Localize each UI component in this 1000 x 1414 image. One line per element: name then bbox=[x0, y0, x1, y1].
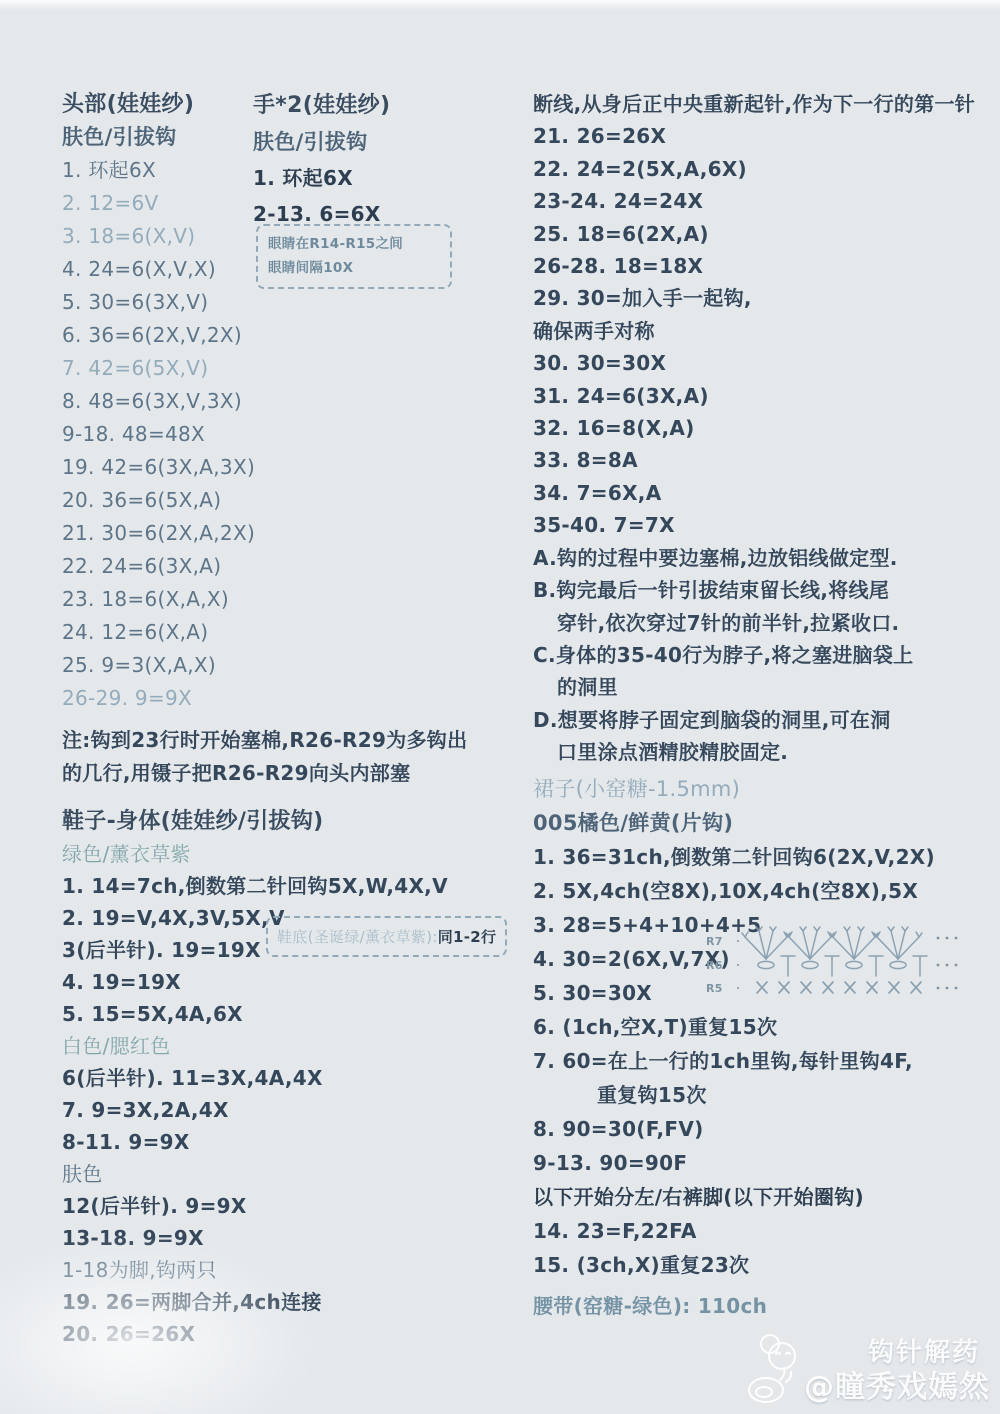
pattern-line: 19. 26=两脚合并,4ch连接 bbox=[62, 1286, 448, 1318]
pattern-line: 26-28. 18=18X bbox=[533, 250, 975, 282]
diagram-row-label: R5 bbox=[706, 982, 723, 995]
pattern-line: 6. (1ch,空X,T)重复15次 bbox=[533, 1010, 935, 1044]
pattern-line: 33. 8=8A bbox=[533, 444, 975, 476]
stitch-diagram-svg: R7 R6 R5 bbox=[698, 918, 990, 1006]
pattern-line: 1-18为脚,钩两只 bbox=[62, 1254, 448, 1286]
pattern-line: 8-11. 9=9X bbox=[62, 1126, 448, 1158]
pattern-line: 7. 42=6(5X,V) bbox=[62, 352, 467, 385]
pattern-line: 24. 12=6(X,A) bbox=[62, 616, 467, 649]
eye-note-box: 眼睛在R14-R15之间 眼睛间隔10X bbox=[256, 224, 452, 289]
pattern-line: 注:钩到23行时开始塞棉,R26-R29为多钩出 bbox=[62, 724, 467, 757]
pattern-line: A.钩的过程中要边塞棉,边放铝线做定型. bbox=[533, 542, 975, 574]
shoe-body-section: 鞋子-身体(娃娃纱/引拔钩) 绿色/薰衣草紫 1. 14=7ch,倒数第二针回钩… bbox=[62, 806, 448, 1350]
pattern-line: 6(后半针). 11=3X,4A,4X bbox=[62, 1062, 448, 1094]
sole-note-box: 鞋底(圣诞绿/薰衣草紫):同1-2行 bbox=[266, 916, 507, 957]
section-title: 手*2(娃娃纱) bbox=[253, 88, 390, 124]
pattern-line: 34. 7=6X,A bbox=[533, 477, 975, 509]
section-subtitle: 肤色/引拔钩 bbox=[253, 124, 390, 160]
pattern-line: 重复钩15次 bbox=[533, 1078, 935, 1112]
pattern-line: 22. 24=6(3X,A) bbox=[62, 550, 467, 583]
pattern-line: 口里涂点酒精胶精胶固定. bbox=[533, 736, 975, 768]
pattern-line: 以下开始分左/右裤脚(以下开始圈钩) bbox=[533, 1180, 935, 1214]
pattern-line: 25. 9=3(X,A,X) bbox=[62, 649, 467, 682]
diagram-row-label: R7 bbox=[706, 935, 723, 948]
skirt-section: 裙子(小窑糖-1.5mm) 005橘色/鲜黄(片钩) 1. 36=31ch,倒数… bbox=[533, 772, 935, 1323]
section-title: 鞋子-身体(娃娃纱/引拔钩) bbox=[62, 806, 448, 838]
pattern-line: 22. 24=2(5X,A,6X) bbox=[533, 153, 975, 185]
pattern-line: B.钩完最后一针引拔结束留长线,将线尾 bbox=[533, 574, 975, 606]
color-label: 绿色/薰衣草紫 bbox=[62, 838, 448, 870]
pattern-page: 头部(娃娃纱) 肤色/引拔钩 1. 环起6X2. 12=6V3. 18=6(X,… bbox=[0, 0, 1000, 1414]
pattern-line: 23-24. 24=24X bbox=[533, 185, 975, 217]
stitch-diagram: R7 R6 R5 bbox=[698, 918, 990, 1011]
pattern-line: 20. 36=6(5X,A) bbox=[62, 484, 467, 517]
pattern-line: 9-13. 90=90F bbox=[533, 1146, 935, 1180]
pattern-line: 21. 30=6(2X,A,2X) bbox=[62, 517, 467, 550]
pattern-line: 35-40. 7=7X bbox=[533, 509, 975, 541]
pattern-line: 穿针,依次穿过7针的前半针,拉紧收口. bbox=[533, 607, 975, 639]
pattern-line: 26-29. 9=9X bbox=[62, 682, 467, 715]
pattern-line: D.想要将脖子固定到脑袋的洞里,可在洞 bbox=[533, 704, 975, 736]
pattern-line: 5. 30=6(3X,V) bbox=[62, 286, 467, 319]
pattern-line: 的几行,用镊子把R26-R29向头内部塞 bbox=[62, 757, 467, 790]
pattern-line: 9-18. 48=48X bbox=[62, 418, 467, 451]
pattern-line: 确保两手对称 bbox=[533, 315, 975, 347]
watermark-handle: @瞳秀戏嫣然 bbox=[804, 1362, 990, 1406]
watermark: 钩针解药 @瞳秀戏嫣然 bbox=[742, 1328, 992, 1412]
pattern-line: 19. 42=6(3X,A,3X) bbox=[62, 451, 467, 484]
body-section: 断线,从身后正中央重新起针,作为下一行的第一针21. 26=26X22. 24=… bbox=[533, 88, 975, 769]
eye-note-line: 眼睛间隔10X bbox=[268, 257, 440, 281]
pattern-line: 31. 24=6(3X,A) bbox=[533, 380, 975, 412]
pattern-line: 21. 26=26X bbox=[533, 120, 975, 152]
head-note: 注:钩到23行时开始塞棉,R26-R29为多钩出的几行,用镊子把R26-R29向… bbox=[62, 724, 467, 790]
section-subtitle: 005橘色/鲜黄(片钩) bbox=[533, 806, 935, 840]
pattern-line: 白色/腮红色 bbox=[62, 1030, 448, 1062]
x-symbols bbox=[757, 982, 921, 993]
pattern-line: 5. 15=5X,4A,6X bbox=[62, 998, 448, 1030]
hand-section: 手*2(娃娃纱) 肤色/引拔钩 1. 环起6X2-13. 6=6X bbox=[253, 88, 390, 232]
pattern-line: 7. 9=3X,2A,4X bbox=[62, 1094, 448, 1126]
eye-note-line: 眼睛在R14-R15之间 bbox=[268, 233, 440, 257]
pattern-line: 23. 18=6(X,A,X) bbox=[62, 583, 467, 616]
pattern-line: 30. 30=30X bbox=[533, 347, 975, 379]
pattern-line: 2. 5X,4ch(空8X),10X,4ch(空8X),5X bbox=[533, 874, 935, 908]
diagram-row-label: R6 bbox=[706, 959, 723, 972]
belt-line: 腰带(窑糖-绿色): 110ch bbox=[533, 1289, 935, 1323]
sole-note-bold: 同1-2行 bbox=[438, 928, 497, 946]
pattern-line: 8. 90=30(F,FV) bbox=[533, 1112, 935, 1146]
pattern-line: 13-18. 9=9X bbox=[62, 1222, 448, 1254]
pattern-line: 12(后半针). 9=9X bbox=[62, 1190, 448, 1222]
body-lines: 断线,从身后正中央重新起针,作为下一行的第一针21. 26=26X22. 24=… bbox=[533, 88, 975, 769]
fan-symbols bbox=[742, 927, 922, 959]
pattern-line: 32. 16=8(X,A) bbox=[533, 412, 975, 444]
pattern-line: 15. (3ch,X)重复23次 bbox=[533, 1248, 935, 1282]
pattern-line: 29. 30=加入手一起钩, bbox=[533, 282, 975, 314]
pattern-line: 断线,从身后正中央重新起针,作为下一行的第一针 bbox=[533, 88, 975, 120]
pattern-line: 1. 36=31ch,倒数第二针回钩6(2X,V,2X) bbox=[533, 840, 935, 874]
pattern-line: C.身体的35-40行为脖子,将之塞进脑袋上 bbox=[533, 639, 975, 671]
pattern-line: 8. 48=6(3X,V,3X) bbox=[62, 385, 467, 418]
pattern-line: 1. 环起6X bbox=[253, 160, 390, 196]
pattern-line: 20. 26=26X bbox=[62, 1318, 448, 1350]
pattern-line: 4. 19=19X bbox=[62, 966, 448, 998]
pattern-line: 7. 60=在上一行的1ch里钩,每针里钩4F, bbox=[533, 1044, 935, 1078]
sole-note-label: 鞋底(圣诞绿/薰衣草紫): bbox=[277, 928, 438, 946]
pattern-line: 25. 18=6(2X,A) bbox=[533, 218, 975, 250]
pattern-line: 1. 14=7ch,倒数第二针回钩5X,W,4X,V bbox=[62, 870, 448, 902]
pattern-line: 的洞里 bbox=[533, 671, 975, 703]
pattern-line: 肤色 bbox=[62, 1158, 448, 1190]
section-title: 裙子(小窑糖-1.5mm) bbox=[533, 772, 935, 806]
pattern-line: 6. 36=6(2X,V,2X) bbox=[62, 319, 467, 352]
diagram-symbols bbox=[742, 927, 927, 993]
pattern-line: 14. 23=F,22FA bbox=[533, 1214, 935, 1248]
hand-lines: 1. 环起6X2-13. 6=6X bbox=[253, 160, 390, 232]
skirt-lines: 1. 36=31ch,倒数第二针回钩6(2X,V,2X)2. 5X,4ch(空8… bbox=[533, 840, 935, 1282]
